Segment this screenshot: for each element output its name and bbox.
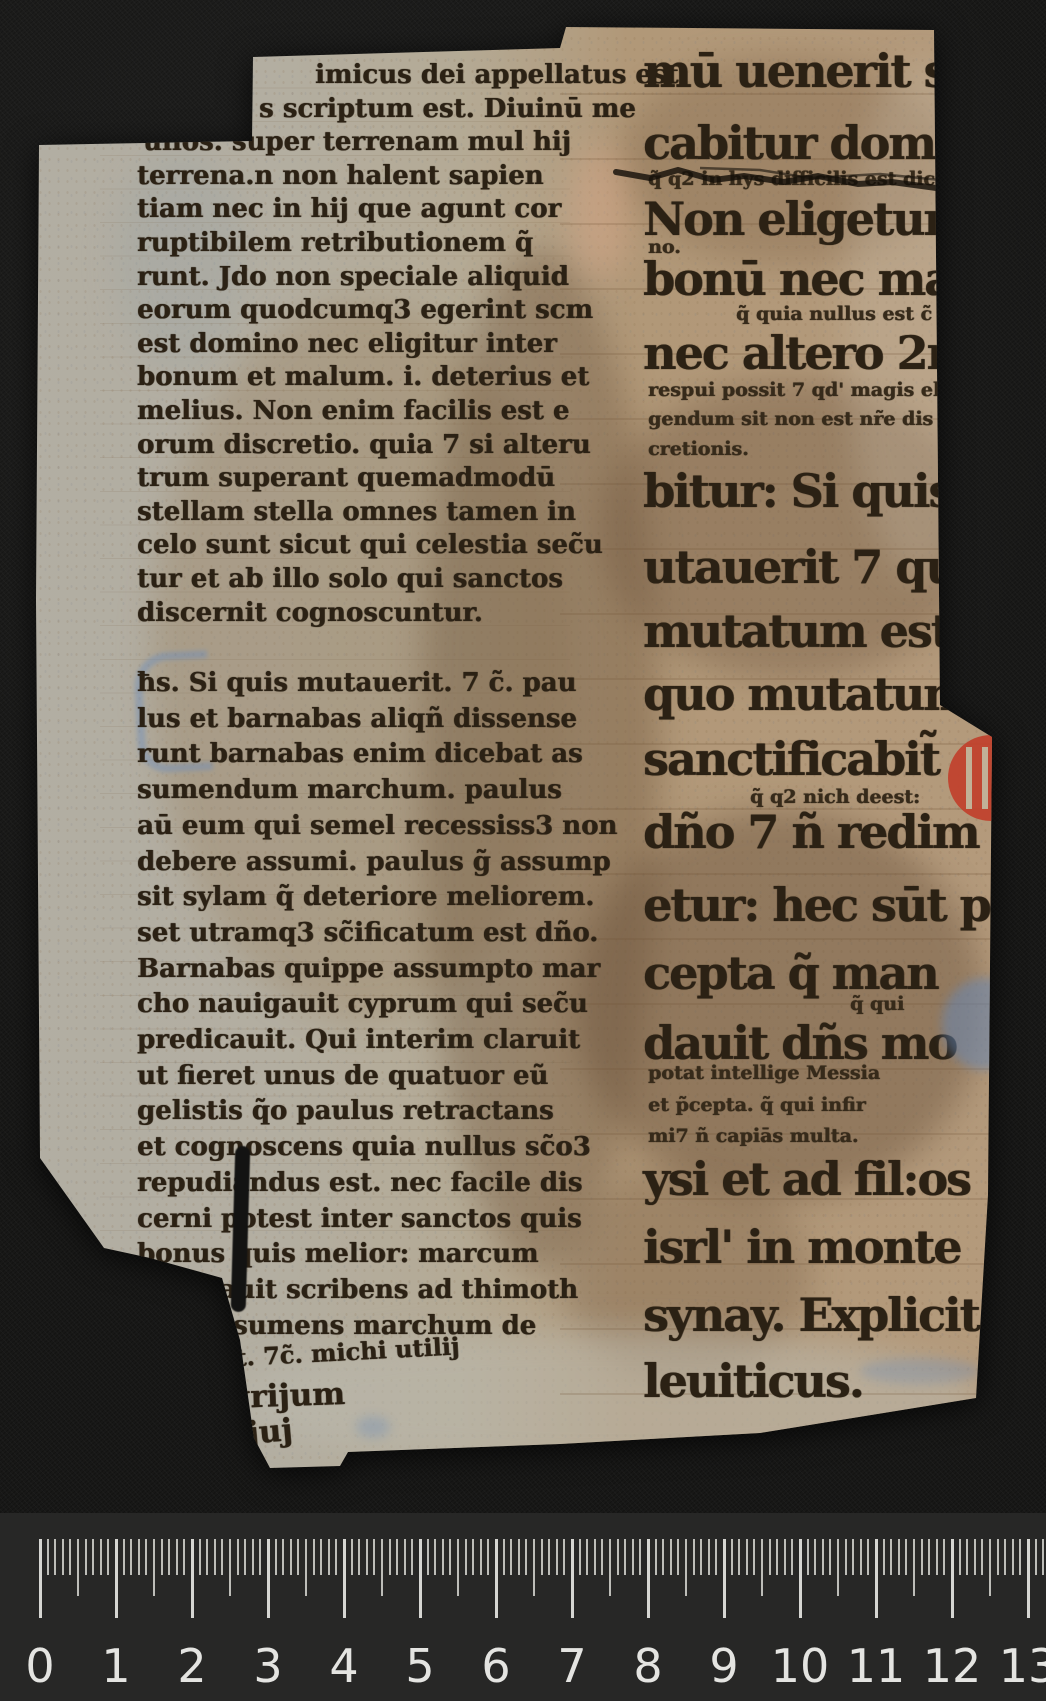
edge-letter: d (1001, 1188, 1017, 1215)
ruler-tick-mm (997, 1539, 999, 1575)
ruler-tick-mm (1004, 1539, 1006, 1575)
ruler-tick-mm (161, 1539, 163, 1575)
edge-letter: ʒ (1001, 925, 1014, 952)
ruler-label: 9 (709, 1639, 738, 1693)
ruler-tick-mm (791, 1539, 793, 1575)
edge-letter: g (1001, 1350, 1017, 1377)
ruler-tick-mm (320, 1539, 322, 1575)
ruler-tick-mm (981, 1539, 983, 1575)
ruler-tick-mm (693, 1539, 695, 1575)
ruler-tick-mm (77, 1539, 79, 1596)
ruler-tick-mm (69, 1539, 71, 1575)
edge-letter: a (1001, 858, 1016, 885)
ruler-tick-cm (647, 1539, 650, 1618)
ruler-tick-mm (328, 1539, 330, 1575)
ruler-tick-mm (556, 1539, 558, 1575)
ruler-tick-mm (434, 1539, 436, 1575)
ruler-tick-mm (54, 1539, 56, 1575)
ruler-tick-mm (898, 1539, 900, 1575)
ruler-tick-mm (221, 1539, 223, 1575)
ruler-tick-mm (769, 1539, 771, 1575)
ruler-tick-mm (670, 1539, 672, 1575)
ruler-tick-mm (47, 1539, 49, 1575)
ruler-tick-mm (396, 1539, 398, 1575)
ruler-label: 4 (329, 1639, 358, 1693)
ruler-tick-mm (518, 1539, 520, 1575)
ruler-tick-mm (761, 1539, 763, 1596)
ruler-tick-mm (685, 1539, 687, 1596)
ruler-tick-cm (951, 1539, 954, 1618)
ruler-tick-cm (191, 1539, 194, 1618)
ruler-tick-mm (229, 1539, 231, 1596)
ruler-tick-mm (297, 1539, 299, 1575)
ruler-label: 6 (481, 1639, 510, 1693)
ruler-tick-mm (845, 1539, 847, 1575)
ruler-tick-mm (829, 1539, 831, 1575)
ruler-tick-mm (974, 1539, 976, 1575)
ruler-tick-mm (487, 1539, 489, 1575)
ruler-tick-cm (571, 1539, 574, 1618)
ruler-label: 3 (253, 1639, 282, 1693)
ruler-tick-mm (259, 1539, 261, 1575)
edge-letter: u (1001, 1233, 1018, 1260)
ruler-tick-mm (92, 1539, 94, 1575)
ruler-tick-mm (586, 1539, 588, 1575)
ruler-tick-mm (85, 1539, 87, 1575)
ruler-label: 7 (557, 1639, 586, 1693)
ruler-tick-mm (989, 1539, 991, 1596)
ruler-label: 8 (633, 1639, 662, 1693)
ruler-tick-cm (799, 1539, 802, 1618)
ruler-tick-mm (237, 1539, 239, 1575)
ruler-tick-mm (123, 1539, 125, 1575)
ruler-tick-cm (343, 1539, 346, 1618)
ruler-tick-cm (115, 1539, 118, 1618)
ruler-tick-mm (708, 1539, 710, 1575)
ruler-tick-cm (419, 1539, 422, 1618)
ruler-tick-mm (1012, 1539, 1014, 1575)
ruler-tick-mm (358, 1539, 360, 1575)
ruler-tick-mm (959, 1539, 961, 1575)
ruler-tick-mm (465, 1539, 467, 1575)
ruler-tick-mm (715, 1539, 717, 1575)
ruler-tick-mm (594, 1539, 596, 1575)
ruler-tick-mm (275, 1539, 277, 1575)
ruler-tick-mm (411, 1539, 413, 1575)
edge-letter: g (1001, 1056, 1017, 1083)
ruler-tick-cm (875, 1539, 878, 1618)
ruler-label: 10 (771, 1639, 830, 1693)
ruler-tick-mm (746, 1539, 748, 1575)
ruler-tick-mm (541, 1539, 543, 1575)
ruler-tick-mm (100, 1539, 102, 1575)
ruler-tick-mm (472, 1539, 474, 1575)
edge-letter: t (1001, 1304, 1012, 1331)
ruler-tick-mm (366, 1539, 368, 1575)
ruler-label: 11 (847, 1639, 906, 1693)
ruler-tick-mm (943, 1539, 945, 1575)
ruler-label: 0 (25, 1639, 54, 1693)
ruler-tick-mm (928, 1539, 930, 1575)
ruler-tick-mm (632, 1539, 634, 1575)
ruler-tick-mm (814, 1539, 816, 1575)
ruler-tick-mm (1019, 1539, 1021, 1575)
ruler-tick-mm (677, 1539, 679, 1575)
ruler-label: 1 (101, 1639, 130, 1693)
ruler: 012345678910111213 (0, 1513, 1046, 1701)
tear-crack (0, 0, 1046, 1701)
ruler-tick-mm (335, 1539, 337, 1575)
ruler-tick-mm (480, 1539, 482, 1575)
ruler-tick-mm (837, 1539, 839, 1596)
ruler-tick-mm (662, 1539, 664, 1575)
ruler-tick-mm (381, 1539, 383, 1596)
ruler-tick-mm (107, 1539, 109, 1575)
ruler-label: 2 (177, 1639, 206, 1693)
ruler-tick-mm (252, 1539, 254, 1575)
ruler-tick-mm (138, 1539, 140, 1575)
ruler-tick-mm (655, 1539, 657, 1575)
ruler-tick-mm (525, 1539, 527, 1575)
ruler-tick-mm (1035, 1539, 1037, 1575)
ruler-tick-mm (921, 1539, 923, 1575)
ruler-tick-cm (267, 1539, 270, 1618)
ruler-tick-cm (39, 1539, 42, 1618)
edge-letter: d (1001, 892, 1017, 919)
edge-letter: q (1001, 822, 1017, 849)
ruler-tick-mm (700, 1539, 702, 1575)
ruler-tick-mm (617, 1539, 619, 1575)
ruler-tick-mm (548, 1539, 550, 1575)
ruler-tick-mm (305, 1539, 307, 1596)
ruler-tick-mm (404, 1539, 406, 1575)
ruler-tick-mm (807, 1539, 809, 1575)
ruler-tick-mm (913, 1539, 915, 1596)
edge-letter: Ŀ (1001, 993, 1017, 1020)
ruler-tick-mm (936, 1539, 938, 1575)
ruler-label: 12 (923, 1639, 982, 1693)
ruler-tick-mm (130, 1539, 132, 1575)
ruler-tick-mm (442, 1539, 444, 1575)
edge-letter: d̃ (1001, 782, 1017, 809)
ruler-tick-cm (495, 1539, 498, 1618)
ruler-tick-mm (776, 1539, 778, 1575)
edge-letter: b (1001, 1026, 1017, 1053)
edge-letter: e (1001, 1086, 1016, 1113)
edge-letter: p̃ (1001, 738, 1017, 765)
ruler-label: 5 (405, 1639, 434, 1693)
ruler-tick-mm (282, 1539, 284, 1575)
ruler-tick-mm (867, 1539, 869, 1575)
specimen-photo: ačio amičimicus dei appellatus est.s scr… (0, 0, 1046, 1701)
ruler-tick-cm (1027, 1539, 1030, 1618)
ruler-tick-mm (62, 1539, 64, 1575)
ruler-tick-mm (503, 1539, 505, 1575)
ruler-tick-mm (290, 1539, 292, 1575)
ruler-tick-mm (206, 1539, 208, 1575)
ruler-label: 13 (999, 1639, 1046, 1693)
ruler-tick-mm (624, 1539, 626, 1575)
ruler-tick-mm (373, 1539, 375, 1575)
ruler-tick-mm (731, 1539, 733, 1575)
ruler-tick-mm (214, 1539, 216, 1575)
ruler-tick-mm (244, 1539, 246, 1575)
ruler-tick-mm (883, 1539, 885, 1575)
ruler-tick-mm (966, 1539, 968, 1575)
ruler-tick-mm (1042, 1539, 1044, 1575)
ruler-tick-mm (176, 1539, 178, 1575)
fragment-shadow: ačio amičimicus dei appellatus est.s scr… (0, 0, 1046, 1701)
ruler-tick-mm (168, 1539, 170, 1575)
ruler-tick-mm (457, 1539, 459, 1596)
ruler-tick-mm (852, 1539, 854, 1575)
ruler-tick-mm (860, 1539, 862, 1575)
ruler-tick-mm (905, 1539, 907, 1575)
manuscript-line: ačio amič (320, 22, 459, 52)
manuscript-fragment: ačio amičimicus dei appellatus est.s scr… (0, 0, 1046, 1701)
ruler-tick-mm (427, 1539, 429, 1575)
ruler-tick-mm (609, 1539, 611, 1596)
ruler-tick-mm (533, 1539, 535, 1596)
edge-letter: f (1001, 1270, 1011, 1297)
ruler-tick-cm (723, 1539, 726, 1618)
ruler-tick-mm (738, 1539, 740, 1575)
ruler-tick-mm (183, 1539, 185, 1575)
ruler-tick-mm (145, 1539, 147, 1575)
ruler-tick-mm (784, 1539, 786, 1575)
ruler-tick-mm (389, 1539, 391, 1575)
ruler-tick-mm (351, 1539, 353, 1575)
ruler-tick-mm (579, 1539, 581, 1575)
ruler-tick-mm (753, 1539, 755, 1575)
ruler-tick-mm (313, 1539, 315, 1575)
ruler-tick-mm (510, 1539, 512, 1575)
ruler-tick-mm (822, 1539, 824, 1575)
ruler-tick-mm (890, 1539, 892, 1575)
ruler-tick-mm (449, 1539, 451, 1575)
ruler-tick-mm (153, 1539, 155, 1596)
ruler-tick-mm (601, 1539, 603, 1575)
ruler-tick-mm (639, 1539, 641, 1575)
ruler-tick-mm (563, 1539, 565, 1575)
ruler-tick-mm (199, 1539, 201, 1575)
